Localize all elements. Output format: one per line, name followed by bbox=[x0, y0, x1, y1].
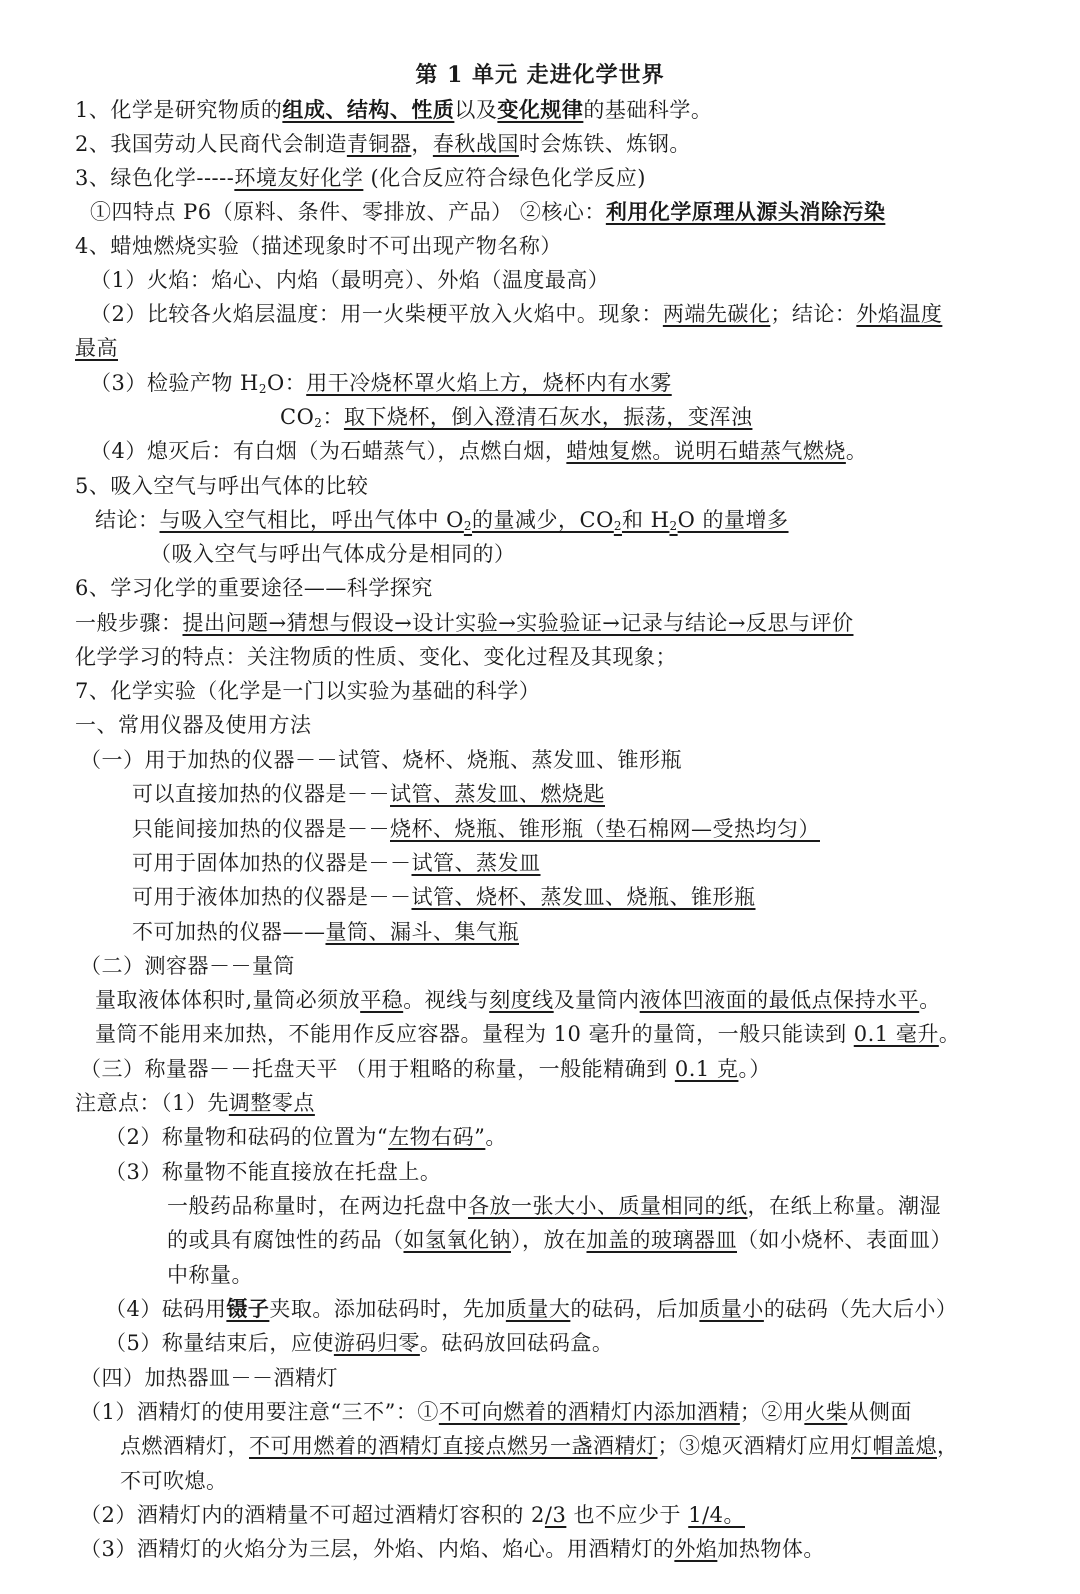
underlined-key-point: 青铜器 bbox=[347, 132, 412, 156]
text-line: ①四特点 P6（原料、条件、零排放、产品） ②核心：利用化学原理从源头消除污染 bbox=[90, 198, 885, 226]
underlined-key-point: 烧杯、烧瓶、锥形瓶（垫石棉网—受热均匀） bbox=[390, 817, 820, 841]
text-segment: ），放在 bbox=[511, 1228, 587, 1252]
page-title: 第 1 单元 走进化学世界 bbox=[0, 60, 1080, 90]
underlined-key-point: 2 bbox=[614, 519, 622, 533]
underlined-key-point: 试管、蒸发皿、燃烧匙 bbox=[390, 782, 605, 806]
text-line: 4、蜡烛燃烧实验（描述现象时不可出现产物名称） bbox=[75, 232, 562, 260]
underlined-key-point: 游码归零 bbox=[334, 1331, 420, 1355]
text-segment: （如小烧杯、表面皿） bbox=[737, 1228, 952, 1252]
text-segment: （4）熄灭后：有白烟（为石蜡蒸气），点燃白烟， bbox=[90, 439, 566, 463]
text-line: 中称量。 bbox=[167, 1261, 253, 1289]
text-segment: (化合反应符合绿色化学反应) bbox=[363, 166, 646, 190]
text-segment: 一般步骤： bbox=[75, 611, 183, 635]
text-segment: 。砝码放回砝码盒。 bbox=[420, 1331, 614, 1355]
underlined-key-point: 镊子 bbox=[226, 1296, 269, 1321]
text-segment: （吸入空气与呼出气体成分是相同的） bbox=[150, 542, 516, 566]
text-segment: 。 bbox=[485, 1125, 507, 1149]
text-segment: 不可加热的仪器—— bbox=[132, 920, 326, 944]
text-line: （4）砝码用镊子夹取。添加砝码时，先加质量大的砝码，后加质量小的砝码（先大后小） bbox=[105, 1295, 957, 1323]
underlined-key-point: 和 H bbox=[622, 508, 670, 532]
text-segment: 2 bbox=[259, 382, 267, 396]
underlined-key-point: 各放一张大小、质量相同的纸 bbox=[468, 1194, 748, 1218]
text-segment: 7、化学实验（化学是一门以实验为基础的科学） bbox=[75, 679, 540, 703]
text-segment: （3）酒精灯的火焰分为三层，外焰、内焰、焰心。用酒精灯的 bbox=[80, 1537, 674, 1561]
text-segment: 从侧面 bbox=[847, 1400, 912, 1424]
text-line: 结论：与吸入空气相比，呼出气体中 O2的量减少，CO2和 H2O 的量增多 bbox=[95, 506, 789, 534]
text-line: （2）酒精灯内的酒精量不可超过酒精灯容积的 2/3 也不应少于 1/4。 bbox=[80, 1501, 745, 1529]
text-segment: 注意点：（1）先 bbox=[75, 1091, 229, 1115]
text-line: 一般步骤：提出问题→猜想与假设→设计实验→实验验证→记录与结论→反思与评价 bbox=[75, 609, 853, 637]
text-line: （四）加热器皿－－酒精灯 bbox=[80, 1364, 338, 1392]
underlined-key-point: 质量小 bbox=[699, 1297, 764, 1321]
document-page: 第 1 单元 走进化学世界 1、化学是研究物质的组成、结构、性质以及变化规律的基… bbox=[0, 0, 1080, 1594]
text-segment: （2）比较各火焰层温度：用一火柴梗平放入火焰中。现象： bbox=[90, 302, 663, 326]
text-line: 3、绿色化学-----环境友好化学 (化合反应符合绿色化学反应) bbox=[75, 164, 646, 192]
text-segment: （5）称量结束后，应使 bbox=[105, 1331, 334, 1355]
text-segment: O： bbox=[267, 371, 306, 395]
text-line: 1、化学是研究物质的组成、结构、性质以及变化规律的基础科学。 bbox=[75, 96, 712, 124]
underlined-key-point: 两端先碳化 bbox=[663, 302, 771, 326]
underlined-key-point: 取下烧杯，倒入澄清石灰水，振荡，变浑浊 bbox=[344, 405, 753, 429]
text-line: 一、常用仪器及使用方法 bbox=[75, 711, 312, 739]
text-segment: 。） bbox=[738, 1057, 771, 1081]
underlined-key-point: 春秋战国 bbox=[433, 132, 519, 156]
text-segment: 加热物体。 bbox=[717, 1537, 825, 1561]
text-segment: 以及 bbox=[454, 98, 497, 122]
text-line: （3）酒精灯的火焰分为三层，外焰、内焰、焰心。用酒精灯的外焰加热物体。 bbox=[80, 1535, 825, 1563]
underlined-key-point: 变化规律 bbox=[497, 97, 583, 122]
underlined-key-point: 左物右码” bbox=[388, 1125, 485, 1149]
text-segment: 可用于液体加热的仪器是－－ bbox=[132, 885, 412, 909]
text-segment: 时会炼铁、炼钢。 bbox=[519, 132, 691, 156]
underlined-key-point: 2 bbox=[464, 519, 472, 533]
text-line: 注意点：（1）先调整零点 bbox=[75, 1089, 315, 1117]
text-segment: （2）称量物和砝码的位置为“ bbox=[105, 1125, 388, 1149]
underlined-key-point: O 的量增多 bbox=[678, 508, 789, 532]
text-segment: 夹取。添加砝码时，先加 bbox=[269, 1297, 506, 1321]
text-segment: ： bbox=[322, 405, 344, 429]
underlined-key-point: 蜡烛复燃。说明石蜡蒸气燃烧 bbox=[566, 439, 846, 463]
underlined-key-point: 用干冷烧杯罩火焰上方，烧杯内有水雾 bbox=[306, 371, 672, 395]
underlined-key-point: 环境友好化学 bbox=[234, 166, 363, 190]
text-segment: （2）酒精灯内的酒精量不可超过酒精灯容积的 2 bbox=[80, 1503, 545, 1527]
text-segment: 一般药品称量时，在两边托盘中 bbox=[167, 1194, 468, 1218]
underlined-key-point: 试管、蒸发皿 bbox=[412, 851, 541, 875]
underlined-key-point: 与吸入空气相比，呼出气体中 O bbox=[160, 508, 464, 532]
text-segment: 6、学习化学的重要途径——科学探究 bbox=[75, 576, 433, 600]
text-segment: 1、化学是研究物质的 bbox=[75, 98, 282, 122]
underlined-key-point: 利用化学原理从源头消除污染 bbox=[606, 199, 886, 224]
underlined-key-point: 0.1 毫升 bbox=[854, 1022, 939, 1046]
text-line: （吸入空气与呼出气体成分是相同的） bbox=[150, 540, 516, 568]
text-line: 只能间接加热的仪器是－－烧杯、烧瓶、锥形瓶（垫石棉网—受热均匀） bbox=[132, 815, 820, 843]
underlined-key-point: 试管、烧杯、蒸发皿、烧瓶、锥形瓶 bbox=[412, 885, 756, 909]
text-segment: （三）称量器－－托盘天平 （用于粗略的称量，一般能精确到 bbox=[80, 1057, 675, 1081]
text-segment: （4）砝码用 bbox=[105, 1297, 226, 1321]
underlined-key-point: 灯帽盖熄 bbox=[851, 1434, 937, 1458]
text-segment: （3）检验产物 H bbox=[90, 371, 259, 395]
text-line: CO2：取下烧杯，倒入澄清石灰水，振荡，变浑浊 bbox=[280, 403, 752, 431]
text-segment: ， bbox=[937, 1434, 959, 1458]
text-line: 可以直接加热的仪器是－－试管、蒸发皿、燃烧匙 bbox=[132, 780, 605, 808]
text-segment: CO bbox=[280, 405, 314, 429]
underlined-key-point: 组成、结构、性质 bbox=[282, 97, 454, 122]
underlined-key-point: 平稳 bbox=[360, 988, 403, 1012]
text-line: （3）检验产物 H2O：用干冷烧杯罩火焰上方，烧杯内有水雾 bbox=[90, 369, 672, 397]
text-segment: 只能间接加热的仪器是－－ bbox=[132, 817, 390, 841]
text-segment: （一）用于加热的仪器－－试管、烧杯、烧瓶、蒸发皿、锥形瓶 bbox=[80, 748, 682, 772]
text-line: 化学学习的特点：关注物质的性质、变化、变化过程及其现象； bbox=[75, 643, 677, 671]
text-line: 最高 bbox=[75, 334, 118, 362]
text-segment: 。 bbox=[919, 988, 941, 1012]
text-segment: ①四特点 P6（原料、条件、零排放、产品） ②核心： bbox=[90, 200, 606, 224]
text-line: （一）用于加热的仪器－－试管、烧杯、烧瓶、蒸发皿、锥形瓶 bbox=[80, 746, 682, 774]
text-segment: ；③熄灭酒精灯应用 bbox=[658, 1434, 852, 1458]
text-segment: ；②用 bbox=[740, 1400, 805, 1424]
text-line: （5）称量结束后，应使游码归零。砝码放回砝码盒。 bbox=[105, 1329, 613, 1357]
underlined-key-point: 液体凹液面的最低点保持水平 bbox=[640, 988, 920, 1012]
text-segment: 的基础科学。 bbox=[583, 98, 712, 122]
text-line: 点燃酒精灯，不可用燃着的酒精灯直接点燃另一盏酒精灯；③熄灭酒精灯应用灯帽盖熄， bbox=[120, 1432, 959, 1460]
text-line: （1）酒精灯的使用要注意“三不”：①不可向燃着的酒精灯内添加酒精；②用火柴从侧面 bbox=[80, 1398, 912, 1426]
underlined-key-point: 提出问题→猜想与假设→设计实验→实验验证→记录与结论→反思与评价 bbox=[183, 611, 854, 635]
text-line: （二）测容器－－量筒 bbox=[80, 952, 295, 980]
text-segment: 3、绿色化学----- bbox=[75, 166, 234, 190]
text-segment: 。 bbox=[846, 439, 868, 463]
text-segment: 一、常用仪器及使用方法 bbox=[75, 713, 312, 737]
text-segment: 量取液体体积时,量筒必须放 bbox=[95, 988, 360, 1012]
underlined-key-point: 的量减少，CO bbox=[472, 508, 614, 532]
text-line: 可用于固体加热的仪器是－－试管、蒸发皿 bbox=[132, 849, 541, 877]
text-segment: ；结论： bbox=[770, 302, 856, 326]
underlined-key-point: 刻度线 bbox=[489, 988, 554, 1012]
text-line: 2、我国劳动人民商代会制造青铜器，春秋战国时会炼铁、炼钢。 bbox=[75, 130, 691, 158]
text-segment: （二）测容器－－量筒 bbox=[80, 954, 295, 978]
text-line: 一般药品称量时，在两边托盘中各放一张大小、质量相同的纸，在纸上称量。潮湿 bbox=[167, 1192, 941, 1220]
text-line: 的或具有腐蚀性的药品（如氢氧化钠），放在加盖的玻璃器皿（如小烧杯、表面皿） bbox=[167, 1226, 952, 1254]
text-line: （2）比较各火焰层温度：用一火柴梗平放入火焰中。现象：两端先碳化；结论：外焰温度 bbox=[90, 300, 942, 328]
text-segment: 4、蜡烛燃烧实验（描述现象时不可出现产物名称） bbox=[75, 234, 562, 258]
text-line: 不可吹熄。 bbox=[120, 1467, 228, 1495]
underlined-key-point: 0.1 克 bbox=[675, 1057, 739, 1081]
underlined-key-point: 如氢氧化钠 bbox=[404, 1228, 512, 1252]
text-line: （2）称量物和砝码的位置为“左物右码”。 bbox=[105, 1123, 507, 1151]
text-segment: 点燃酒精灯， bbox=[120, 1434, 249, 1458]
text-segment: 。 bbox=[939, 1022, 961, 1046]
text-segment: 也不应少于 bbox=[566, 1503, 688, 1527]
text-line: （三）称量器－－托盘天平 （用于粗略的称量，一般能精确到 0.1 克。） bbox=[80, 1055, 771, 1083]
text-line: 5、吸入空气与呼出气体的比较 bbox=[75, 472, 368, 500]
underlined-key-point: 2 bbox=[669, 519, 677, 533]
text-segment: 可用于固体加热的仪器是－－ bbox=[132, 851, 412, 875]
underlined-key-point: 外焰温度 bbox=[856, 302, 942, 326]
text-line: 量筒不能用来加热，不能用作反应容器。量程为 10 毫升的量筒，一般只能读到 0.… bbox=[95, 1020, 960, 1048]
text-line: （3）称量物不能直接放在托盘上。 bbox=[105, 1158, 441, 1186]
text-segment: 化学学习的特点：关注物质的性质、变化、变化过程及其现象； bbox=[75, 645, 677, 669]
text-segment: 2、我国劳动人民商代会制造 bbox=[75, 132, 347, 156]
underlined-key-point: 不可向燃着的酒精灯内添加酒精 bbox=[439, 1400, 740, 1424]
underlined-key-point: 调整零点 bbox=[229, 1091, 315, 1115]
underlined-key-point: 加盖的玻璃器皿 bbox=[587, 1228, 738, 1252]
text-line: 7、化学实验（化学是一门以实验为基础的科学） bbox=[75, 677, 540, 705]
text-line: 可用于液体加热的仪器是－－试管、烧杯、蒸发皿、烧瓶、锥形瓶 bbox=[132, 883, 756, 911]
text-segment: （1）火焰：焰心、内焰（最明亮）、外焰（温度最高） bbox=[90, 268, 609, 292]
underlined-key-point: 量筒、漏斗、集气瓶 bbox=[326, 920, 520, 944]
text-segment: （四）加热器皿－－酒精灯 bbox=[80, 1366, 338, 1390]
text-segment: 量筒不能用来加热，不能用作反应容器。量程为 10 毫升的量筒，一般只能读到 bbox=[95, 1022, 854, 1046]
text-segment: 中称量。 bbox=[167, 1263, 253, 1287]
text-segment: 。视线与 bbox=[403, 988, 489, 1012]
text-segment: 可以直接加热的仪器是－－ bbox=[132, 782, 390, 806]
text-segment: 结论： bbox=[95, 508, 160, 532]
text-segment: 的砝码，后加 bbox=[570, 1297, 699, 1321]
text-line: （4）熄灭后：有白烟（为石蜡蒸气），点燃白烟，蜡烛复燃。说明石蜡蒸气燃烧。 bbox=[90, 437, 867, 465]
underlined-key-point: 不可用燃着的酒精灯直接点燃另一盏酒精灯 bbox=[249, 1434, 658, 1458]
text-line: 量取液体体积时,量筒必须放平稳。视线与刻度线及量筒内液体凹液面的最低点保持水平。 bbox=[95, 986, 941, 1014]
underlined-key-point: 最高 bbox=[75, 336, 118, 360]
text-segment: ， bbox=[411, 132, 433, 156]
underlined-key-point: 火柴 bbox=[804, 1400, 847, 1424]
text-segment: （3）称量物不能直接放在托盘上。 bbox=[105, 1160, 441, 1184]
text-line: 6、学习化学的重要途径——科学探究 bbox=[75, 574, 433, 602]
underlined-key-point: 质量大 bbox=[506, 1297, 571, 1321]
text-segment: 的砝码（先大后小） bbox=[764, 1297, 958, 1321]
text-segment: ，在纸上称量。潮湿 bbox=[748, 1194, 942, 1218]
text-segment: 及量筒内 bbox=[554, 988, 640, 1012]
underlined-key-point: /3 bbox=[545, 1503, 566, 1527]
text-segment: （1）酒精灯的使用要注意“三不”：① bbox=[80, 1400, 439, 1424]
text-line: 不可加热的仪器——量筒、漏斗、集气瓶 bbox=[132, 918, 519, 946]
underlined-key-point: 1/4。 bbox=[688, 1503, 745, 1527]
text-segment: 不可吹熄。 bbox=[120, 1469, 228, 1493]
text-segment: 5、吸入空气与呼出气体的比较 bbox=[75, 474, 368, 498]
text-segment: 的或具有腐蚀性的药品（ bbox=[167, 1228, 404, 1252]
underlined-key-point: 外焰 bbox=[674, 1537, 717, 1561]
text-line: （1）火焰：焰心、内焰（最明亮）、外焰（温度最高） bbox=[90, 266, 609, 294]
